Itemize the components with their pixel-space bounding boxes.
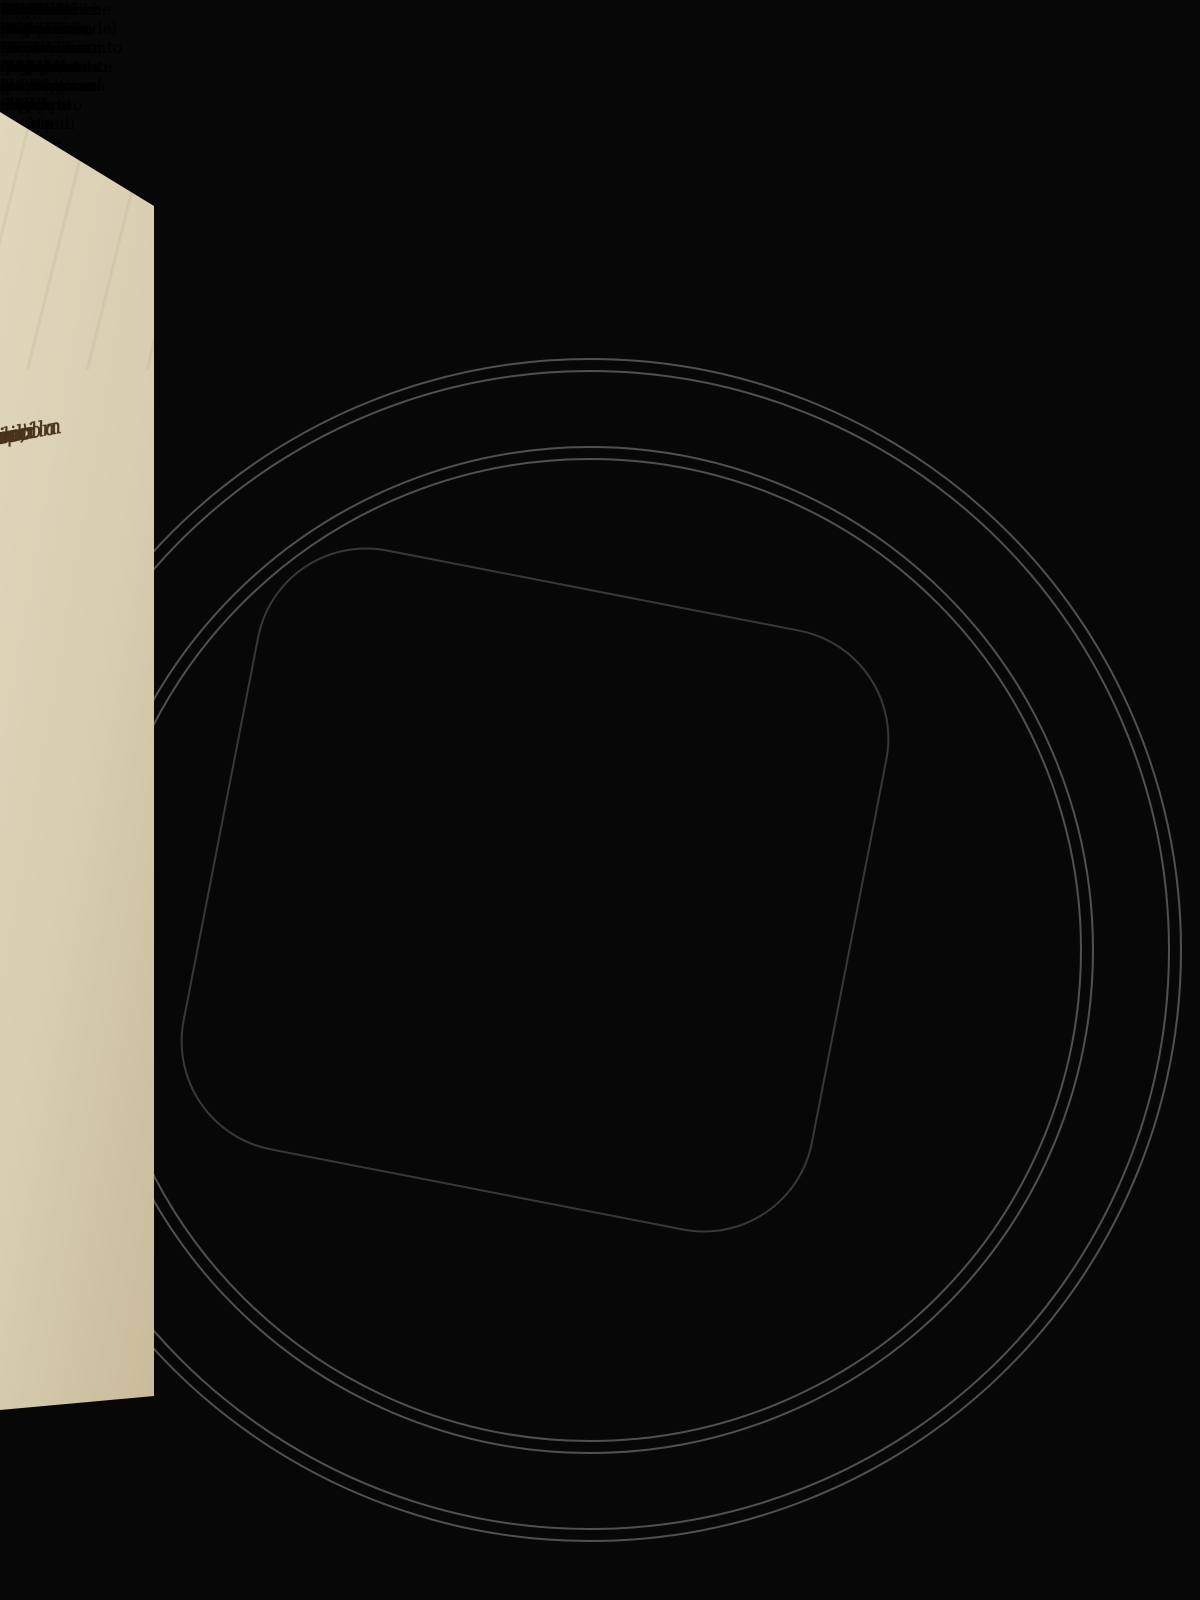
watermark-inner-ring-b — [99, 459, 1081, 1441]
watermark-inner-ring-a — [87, 447, 1093, 1453]
page-fold-edge — [144, 194, 192, 1396]
left-book-page: rale Bucalli,5 suo Contadi ri; Non si de… — [0, 0, 154, 1412]
photograph-of-manuscript-book: rale Bucalli,5 suo Contadi ri; Non si de… — [0, 0, 1200, 1600]
left-page-text: rale Bucalli,5 suo Contadi ri; Non si de… — [0, 388, 148, 439]
left-page-text-line: il Viro il Morso — [0, 409, 37, 483]
watermark-rounded-square — [163, 530, 908, 1251]
